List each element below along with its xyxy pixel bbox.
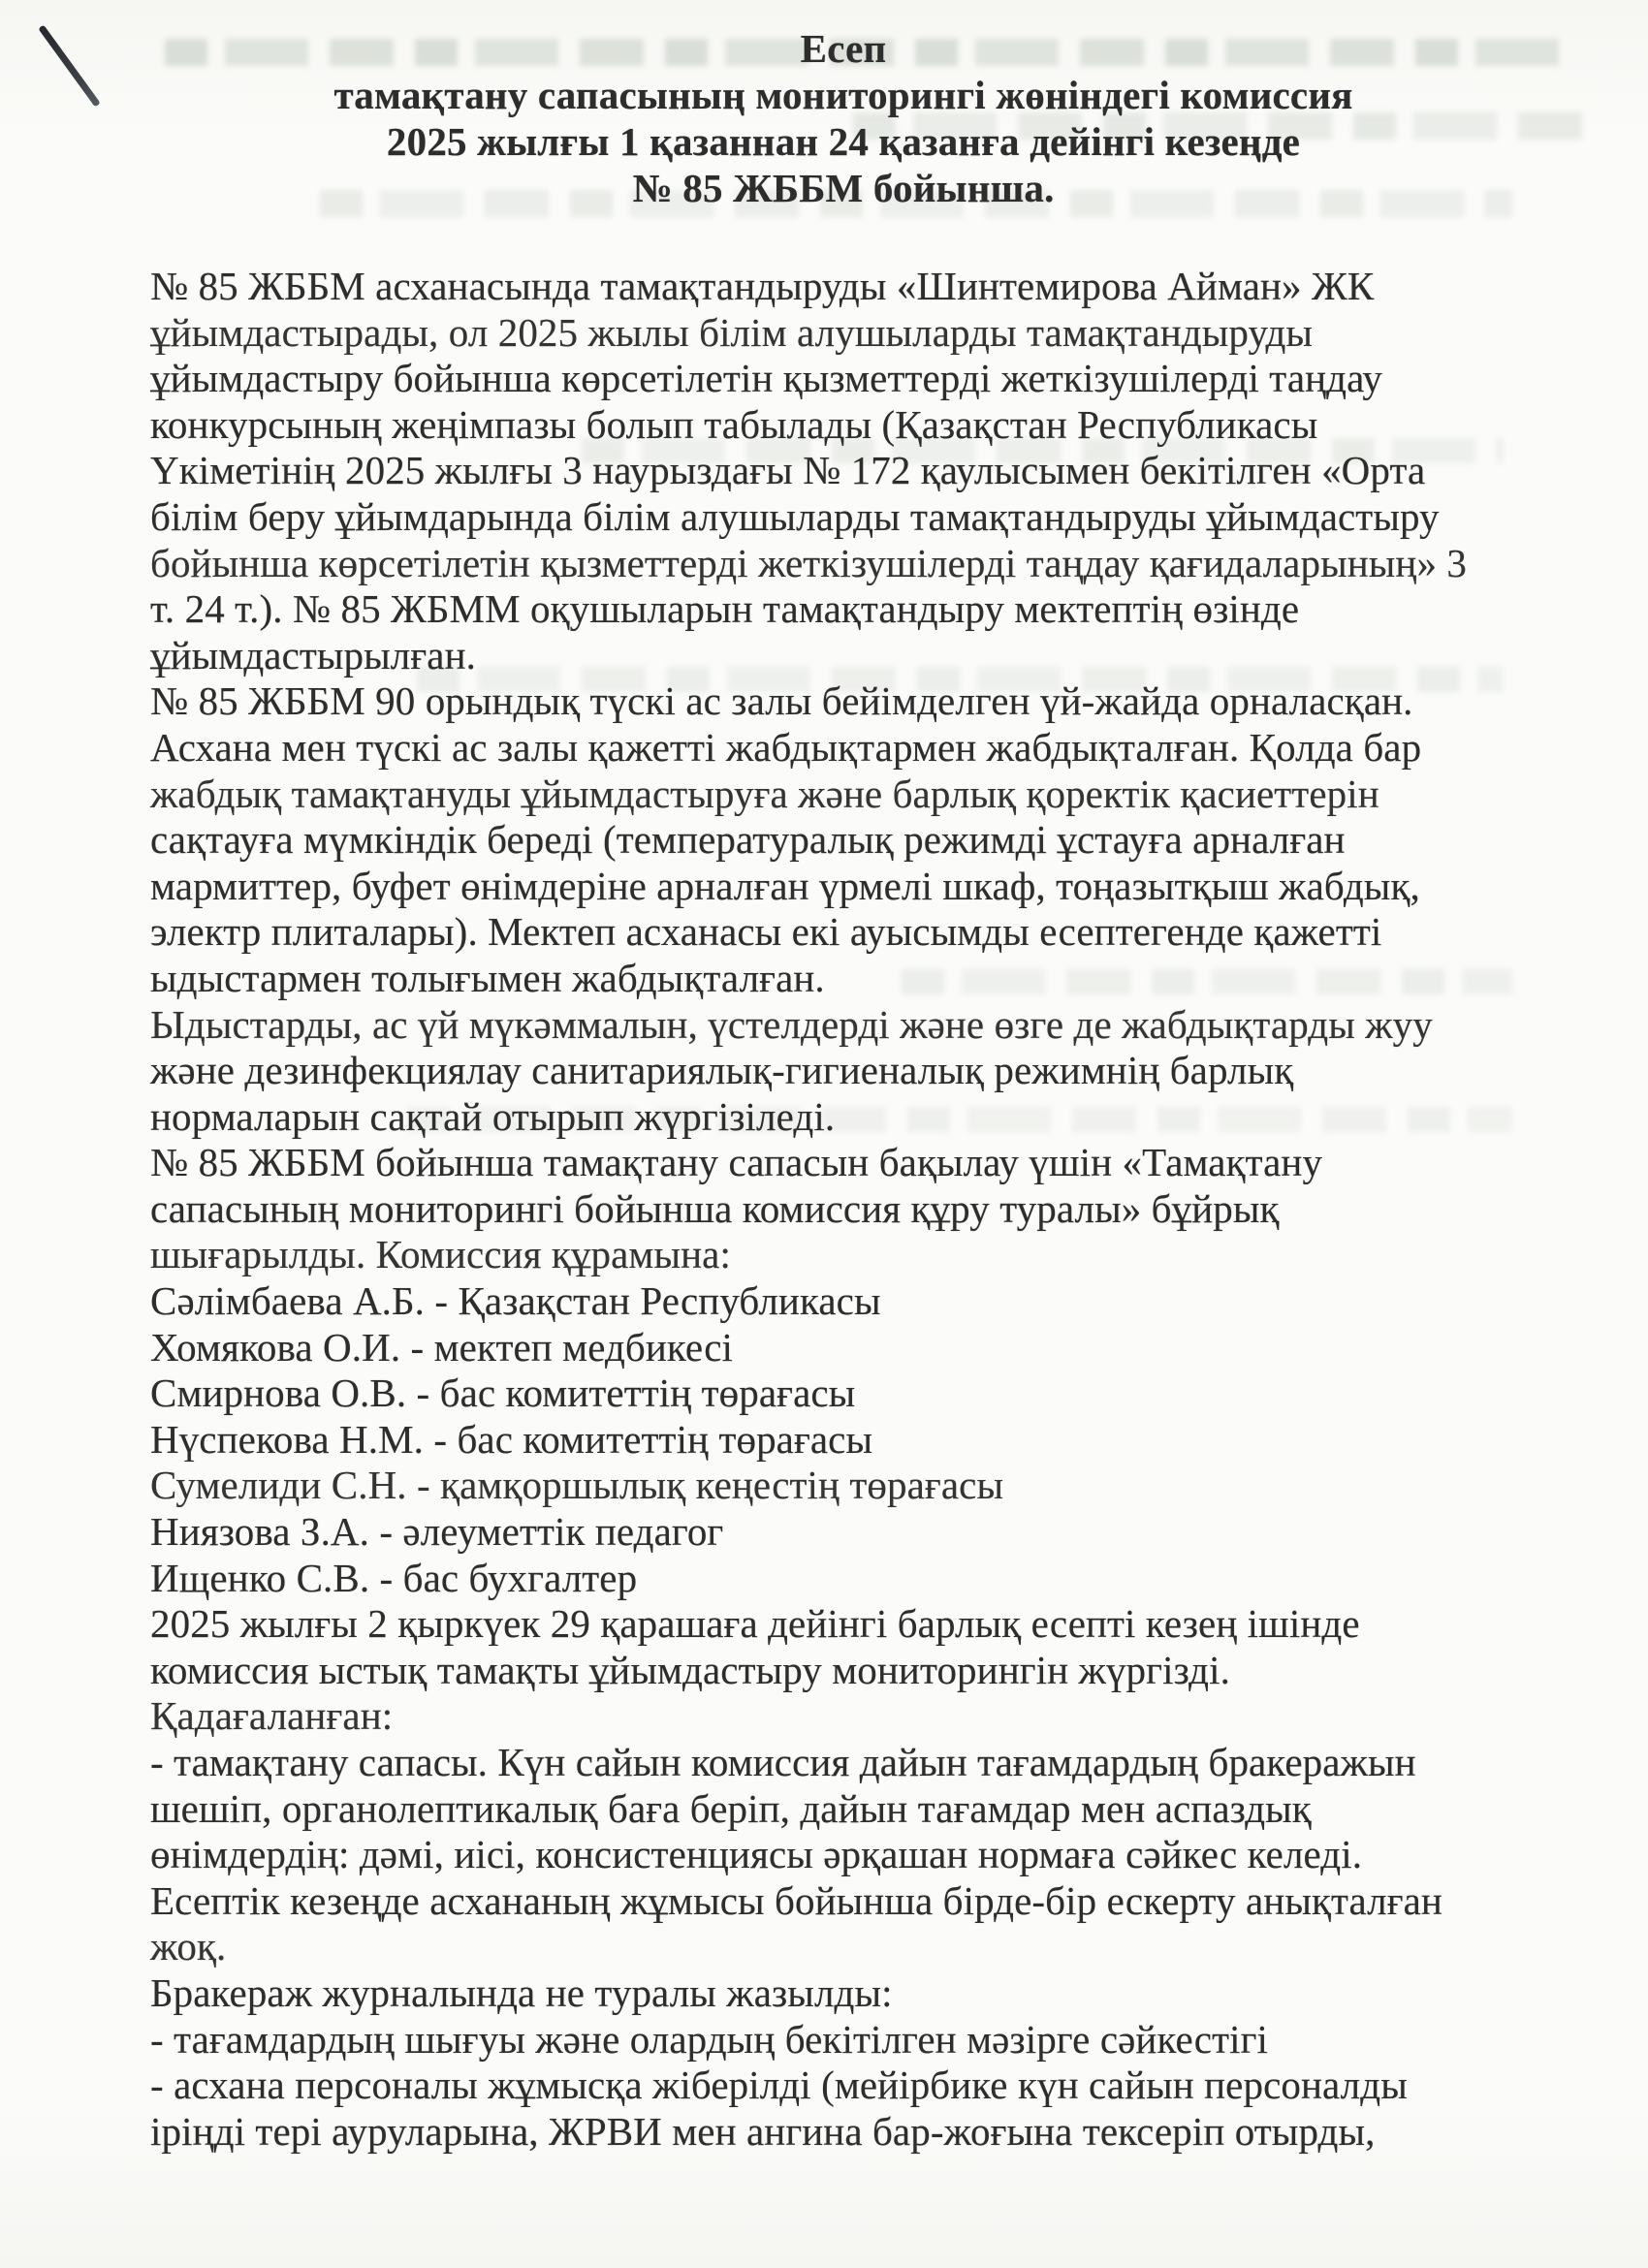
report-body: № 85 ЖББМ асханасында тамақтандыруды «Ши… — [150, 264, 1527, 2155]
report-title-line-4: № 85 ЖББМ бойынша. — [155, 165, 1532, 211]
body-line: Есептік кезеңде асхананың жұмысы бойынша… — [150, 1878, 1527, 1925]
body-line: - тағамдардың шығуы және олардың бекітіл… — [150, 2017, 1527, 2063]
body-line: Ыдыстарды, ас үй мүкәммалын, үстелдерді … — [150, 1002, 1527, 1049]
body-line: конкурсының жеңімпазы болып табылады (Қа… — [150, 402, 1527, 449]
body-line: сапасының мониторингі бойынша комиссия қ… — [150, 1186, 1527, 1233]
commission-member-line: Сәлімбаева А.Б. - Қазақстан Республикасы — [150, 1278, 1527, 1325]
pen-stroke-mark — [38, 24, 100, 107]
scanned-report-page: Есеп тамақтану сапасының мониторингі жөн… — [0, 0, 1648, 2268]
commission-member-line: Хомякова О.И. - мектеп медбикесі — [150, 1325, 1527, 1371]
body-line: және дезинфекциялау санитариялық-гигиена… — [150, 1048, 1527, 1094]
body-line: - асхана персоналы жұмысқа жіберілді (ме… — [150, 2063, 1527, 2109]
commission-member-line: Нүспекова Н.М. - бас комитеттің төрағасы — [150, 1417, 1527, 1464]
body-line: № 85 ЖББМ асханасында тамақтандыруды «Ши… — [150, 264, 1527, 310]
commission-member-line: Ниязова З.А. - әлеуметтік педагог — [150, 1509, 1527, 1556]
body-line: жоқ. — [150, 1924, 1527, 1970]
body-line: ұйымдастырады, ол 2025 жылы білім алушыл… — [150, 310, 1527, 357]
commission-member-line: Смирнова О.В. - бас комитеттің төрағасы — [150, 1370, 1527, 1417]
body-line: жабдық тамақтануды ұйымдастыруға және ба… — [150, 772, 1527, 818]
body-line: сақтауға мүмкіндік береді (температуралы… — [150, 817, 1527, 864]
body-line: шығарылды. Комиссия құрамына: — [150, 1232, 1527, 1278]
body-line: білім беру ұйымдарында білім алушыларды … — [150, 494, 1527, 541]
body-line: 2025 жылғы 2 қыркүек 29 қарашаға дейінгі… — [150, 1601, 1527, 1648]
commission-member-line: Ищенко С.В. - бас бухгалтер — [150, 1556, 1527, 1602]
body-line: Бракераж журналында не туралы жазылды: — [150, 1970, 1527, 2017]
commission-member-line: Сумелиди С.Н. - қамқоршылық кеңестің төр… — [150, 1463, 1527, 1509]
body-line: ыдыстармен толығымен жабдықталған. — [150, 956, 1527, 1002]
body-line: электр плиталары). Мектеп асханасы екі а… — [150, 909, 1527, 956]
body-line: Асхана мен түскі ас залы қажетті жабдықт… — [150, 725, 1527, 772]
body-line: ұйымдастыру бойынша көрсетілетін қызметт… — [150, 356, 1527, 402]
body-line: № 85 ЖББМ бойынша тамақтану сапасын бақы… — [150, 1140, 1527, 1186]
body-line: іріңді тері ауруларына, ЖРВИ мен ангина … — [150, 2109, 1527, 2156]
body-line: шешіп, органолептикалық баға беріп, дайы… — [150, 1786, 1527, 1833]
body-line: - тамақтану сапасы. Күн сайын комиссия д… — [150, 1740, 1527, 1786]
report-title-line-3: 2025 жылғы 1 қазаннан 24 қазанға дейінгі… — [155, 118, 1532, 165]
body-line: ұйымдастырылған. — [150, 633, 1527, 679]
body-line: т. 24 т.). № 85 ЖБММ оқушыларын тамақтан… — [150, 586, 1527, 633]
body-line: өнімдердің: дәмі, иісі, консистенциясы ә… — [150, 1832, 1527, 1878]
body-line: мармиттер, буфет өнімдеріне арналған үрм… — [150, 864, 1527, 910]
body-line: Қадағаланған: — [150, 1693, 1527, 1740]
body-line: комиссия ыстық тамақты ұйымдастыру монит… — [150, 1648, 1527, 1694]
body-line: нормаларын сақтай отырып жүргізіледі. — [150, 1094, 1527, 1141]
body-line: бойынша көрсетілетін қызметтерді жеткізу… — [150, 541, 1527, 587]
report-title-line-1: Есеп — [155, 25, 1532, 72]
report-title: Есеп тамақтану сапасының мониторингі жөн… — [155, 25, 1532, 211]
body-line: Үкіметінің 2025 жылғы 3 наурыздағы № 172… — [150, 448, 1527, 494]
report-title-line-2: тамақтану сапасының мониторингі жөніндег… — [155, 72, 1532, 118]
body-line: № 85 ЖББМ 90 орындық түскі ас залы бейім… — [150, 678, 1527, 725]
